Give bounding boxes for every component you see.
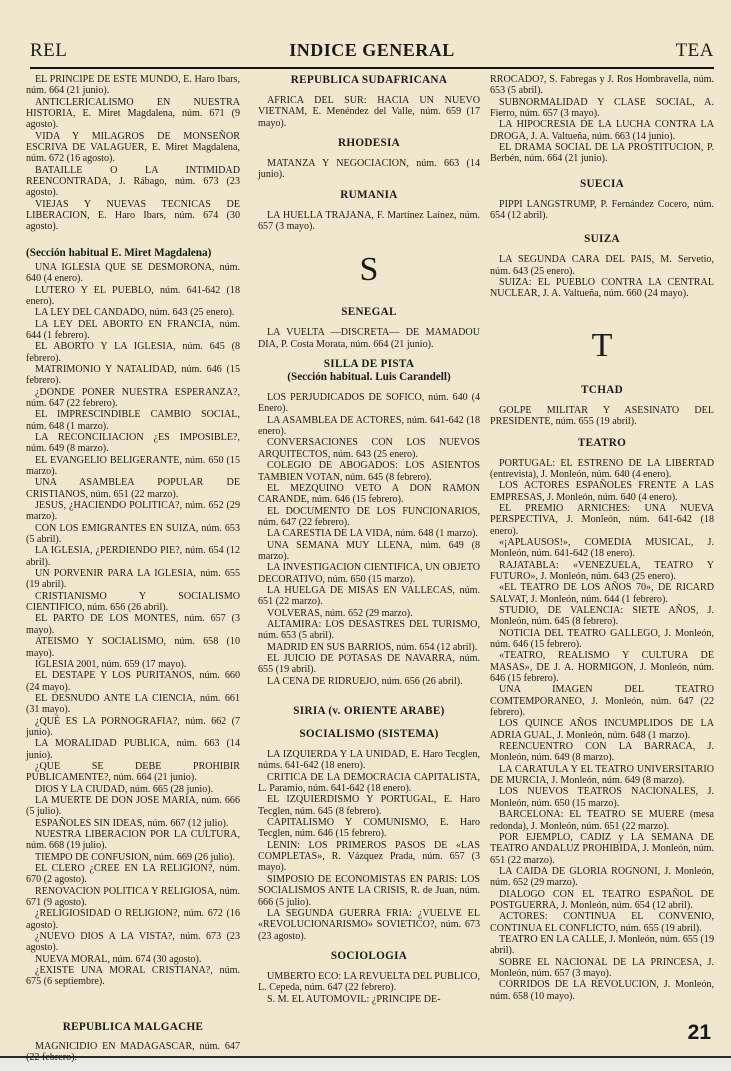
index-entry: LA HUELGA DE MISAS EN VALLECAS, núm. 651… <box>258 585 480 608</box>
index-entry: EL DESNUDO ANTE LA CIENCIA, núm. 661 (31… <box>26 693 240 716</box>
index-entry: CRISTIANISMO Y SOCIALISMO CIENTIFICO, nú… <box>26 591 240 614</box>
index-entry: STUDIO, DE VALENCIA: SIETE AÑOS, J. Monl… <box>490 605 714 628</box>
index-entry: LENIN: LOS PRIMEROS PASOS DE «LAS COMPLE… <box>258 840 480 874</box>
entry-list: UMBERTO ECO: LA REVUELTA DEL PUBLICO, L.… <box>258 971 480 1005</box>
index-entry: BATAILLE O LA INTIMIDAD REENCONTRADA, J.… <box>26 165 240 199</box>
index-entry: LA VUELTA —DISCRETA— DE MAMADOU DIA, P. … <box>258 327 480 350</box>
index-entry: EL DOCUMENTO DE LOS FUNCIONARIOS, núm. 6… <box>258 506 480 529</box>
index-entry: LA MUERTE DE DON JOSE MARIA, núm. 666 (5… <box>26 795 240 818</box>
section-heading: SILLA DE PISTA <box>258 358 480 371</box>
entry-list: MATANZA Y NEGOCIACION, núm. 663 (14 juni… <box>258 158 480 181</box>
index-entry: LA MORALIDAD PUBLICA, núm. 663 (14 junio… <box>26 738 240 761</box>
index-entry: DIALOGO CON EL TEATRO ESPAÑOL DE POSTGUE… <box>490 889 714 912</box>
index-entry: MATANZA Y NEGOCIACION, núm. 663 (14 juni… <box>258 158 480 181</box>
index-entry: LOS PERJUDICADOS DE SOFICO, núm. 640 (4 … <box>258 392 480 415</box>
index-entry: LOS NUEVOS TEATROS NACIONALES, J. Monleó… <box>490 786 714 809</box>
index-entry: ACTORES: CONTINUA EL CONVENIO, CONTINUA … <box>490 911 714 934</box>
index-entry: EL EVANGELIO BELIGERANTE, núm. 650 (15 m… <box>26 455 240 478</box>
index-entry: POR EJEMPLO, CADIZ y LA SEMANA DE TEATRO… <box>490 832 714 866</box>
entry-list: LA HUELLA TRAJANA, F. Martínez Laínez, n… <box>258 210 480 233</box>
index-entry: JESUS, ¿HACIENDO POLITICA?, núm. 652 (29… <box>26 500 240 523</box>
entry-list: AFRICA DEL SUR: HACIA UN NUEVO VIETNAM, … <box>258 95 480 129</box>
index-entry: LA HIPOCRESIA DE LA LUCHA CONTRA LA DROG… <box>490 119 714 142</box>
index-entry: ¿RELIGIOSIDAD O RELIGION?, núm. 672 (16 … <box>26 908 240 931</box>
index-entry: ¿QUÉ ES LA PORNOGRAFIA?, núm. 662 (7 jun… <box>26 716 240 739</box>
entry-list: PIPPI LANGSTRUMP, P. Fernández Cocero, n… <box>490 199 714 222</box>
section-heading: SIRIA (v. ORIENTE ARABE) <box>258 705 480 718</box>
index-entry: EL PRINCIPE DE ESTE MUNDO, E. Haro Ibars… <box>26 74 240 97</box>
entry-list: GOLPE MILITAR Y ASESINATO DEL PRESIDENTE… <box>490 405 714 428</box>
index-entry: DIOS Y LA CIUDAD, núm. 665 (28 junio). <box>26 784 240 795</box>
entry-list: LA IZQUIERDA Y LA UNIDAD, E. Haro Tecgle… <box>258 749 480 942</box>
index-entry: ANTICLERICALISMO EN NUESTRA HISTORIA, E.… <box>26 97 240 131</box>
index-entry: ¿NUEVO DIOS A LA VISTA?, núm. 673 (23 ag… <box>26 931 240 954</box>
entry-list: LOS PERJUDICADOS DE SOFICO, núm. 640 (4 … <box>258 392 480 687</box>
index-entry: NUEVA MORAL, núm. 674 (30 agosto). <box>26 954 240 965</box>
index-entry: LOS ACTORES ESPAÑOLES FRENTE A LAS EMPRE… <box>490 480 714 503</box>
index-entry: RROCADO?, S. Fabregas y J. Ros Hombravel… <box>490 74 714 97</box>
index-entry: IGLESIA 2001, núm. 659 (17 mayo). <box>26 659 240 670</box>
index-entry: UN PORVENIR PARA LA IGLESIA, núm. 655 (1… <box>26 568 240 591</box>
index-entry: AFRICA DEL SUR: HACIA UN NUEVO VIETNAM, … <box>258 95 480 129</box>
index-entry: PORTUGAL: EL ESTRENO DE LA LIBERTAD (ent… <box>490 458 714 481</box>
index-entry: LA CAIDA DE GLORIA ROGNONI, J. Monleón, … <box>490 866 714 889</box>
index-entry: LA ASAMBLEA DE ACTORES, núm. 641-642 (18… <box>258 415 480 438</box>
index-entry: EL DESTAPE Y LOS PURITANOS, núm. 660 (24… <box>26 670 240 693</box>
index-entry: COLEGIO DE ABOGADOS: LOS ASIENTOS TAMBIE… <box>258 460 480 483</box>
index-entry: REENCUENTRO CON LA BARRACA, J. Monleón, … <box>490 741 714 764</box>
index-entry: EL MEZQUINO VETO A DON RAMON CARANDE, nú… <box>258 483 480 506</box>
index-entry: UMBERTO ECO: LA REVUELTA DEL PUBLICO, L.… <box>258 971 480 994</box>
section-heading: TCHAD <box>490 384 714 397</box>
index-entry: MATRIMONIO Y NATALIDAD, núm. 646 (15 feb… <box>26 364 240 387</box>
index-entry: LA SEGUNDA CARA DEL PAIS, M. Servetio, n… <box>490 254 714 277</box>
index-entry: SUIZA: EL PUEBLO CONTRA LA CENTRAL NUCLE… <box>490 277 714 300</box>
index-entry: RAJATABLA: «VENEZUELA, TEATRO Y FUTURO»,… <box>490 560 714 583</box>
index-entry: EL PARTO DE LOS MONTES, núm. 657 (3 mayo… <box>26 613 240 636</box>
index-entry: LA RECONCILIACION ¿ES IMPOSIBLE?, núm. 6… <box>26 432 240 455</box>
index-entry: TEATRO EN LA CALLE, J. Monleón, núm. 655… <box>490 934 714 957</box>
index-entry: ESPAÑOLES SIN IDEAS, núm. 667 (12 julio)… <box>26 818 240 829</box>
index-entry: CORRIDOS DE LA REVOLUCION, J. Monleón, n… <box>490 979 714 1002</box>
index-page: REL INDICE GENERAL TEA EL PRINCIPE DE ES… <box>0 0 731 1058</box>
index-entry: LA LEY DEL ABORTO EN FRANCIA, núm. 644 (… <box>26 319 240 342</box>
section-subheading: (Sección habitual. Luis Carandell) <box>258 371 480 384</box>
entry-list: RROCADO?, S. Fabregas y J. Ros Hombravel… <box>490 74 714 165</box>
index-entry: LA IZQUIERDA Y LA UNIDAD, E. Haro Tecgle… <box>258 749 480 772</box>
section-heading: SOCIALISMO (SISTEMA) <box>258 728 480 741</box>
index-entry: «TEATRO, REALISMO Y CULTURA DE MASAS», D… <box>490 650 714 684</box>
index-entry: «¡APLAUSOS!», COMEDIA MUSICAL, J. Monleó… <box>490 537 714 560</box>
index-entry: LA CENA DE RIDRUEJO, núm. 656 (26 abril)… <box>258 676 480 687</box>
alphabet-letter-divider: S <box>258 250 480 290</box>
index-entry: NOTICIA DEL TEATRO GALLEGO, J. Monleón, … <box>490 628 714 651</box>
index-entry: CON LOS EMIGRANTES EN SUIZA, núm. 653 (5… <box>26 523 240 546</box>
section-heading: SOCIOLOGIA <box>258 950 480 963</box>
section-heading: SUECIA <box>490 178 714 191</box>
column-middle: REPUBLICA SUDAFRICANA AFRICA DEL SUR: HA… <box>258 74 480 1005</box>
entry-list: UNA IGLESIA QUE SE DESMORONA, núm. 640 (… <box>26 262 240 988</box>
header-right-guide-word: TEA <box>676 40 714 62</box>
index-entry: GOLPE MILITAR Y ASESINATO DEL PRESIDENTE… <box>490 405 714 428</box>
index-entry: PIPPI LANGSTRUMP, P. Fernández Cocero, n… <box>490 199 714 222</box>
index-entry: LA INVESTIGACION CIENTIFICA, UN OBJETO D… <box>258 562 480 585</box>
section-heading: RUMANIA <box>258 189 480 202</box>
section-heading: REPUBLICA SUDAFRICANA <box>258 74 480 87</box>
section-heading: REPUBLICA MALGACHE <box>26 1021 240 1034</box>
index-entry: «EL TEATRO DE LOS AÑOS 70», DE RICARD SA… <box>490 582 714 605</box>
column-right: RROCADO?, S. Fabregas y J. Ros Hombravel… <box>490 74 714 1002</box>
index-entry: MADRID EN SUS BARRIOS, núm. 654 (12 abri… <box>258 642 480 653</box>
index-entry: UNA IGLESIA QUE SE DESMORONA, núm. 640 (… <box>26 262 240 285</box>
subsection-heading: (Sección habitual E. Miret Magdalena) <box>26 247 240 260</box>
index-entry: VIEJAS Y NUEVAS TECNICAS DE LIBERACION, … <box>26 199 240 233</box>
index-entry: CONVERSACIONES CON LOS NUEVOS ARQUITECTO… <box>258 437 480 460</box>
index-entry: CAPITALISMO Y COMUNISMO, E. Haro Tecglen… <box>258 817 480 840</box>
running-header: REL INDICE GENERAL TEA <box>30 40 714 66</box>
index-entry: ALTAMIRA: LOS DESASTRES DEL TURISMO, núm… <box>258 619 480 642</box>
index-entry: EL PREMIO ARNICHES: UNA NUEVA PERSPECTIV… <box>490 503 714 537</box>
index-entry: UNA IMAGEN DEL TEATRO COMTEMPORANEO, J. … <box>490 684 714 718</box>
section-heading: SENEGAL <box>258 306 480 319</box>
index-entry: LA IGLESIA, ¿PERDIENDO PIE?, núm. 654 (1… <box>26 545 240 568</box>
index-entry: EL IZQUIERDISMO Y PORTUGAL, E. Haro Tecg… <box>258 794 480 817</box>
section-heading: TEATRO <box>490 437 714 450</box>
index-entry: ¿QUE SE DEBE PROHIBIR PUBLICAMENTE?, núm… <box>26 761 240 784</box>
index-entry: NUESTRA LIBERACION POR LA CULTURA, núm. … <box>26 829 240 852</box>
page-number: 21 <box>688 1021 711 1045</box>
page-title: INDICE GENERAL <box>30 40 714 61</box>
index-entry: VOLVERAS, núm. 652 (29 marzo). <box>258 608 480 619</box>
index-entry: EL CLERO ¿CREE EN LA RELIGION?, núm. 670… <box>26 863 240 886</box>
column-left: EL PRINCIPE DE ESTE MUNDO, E. Haro Ibars… <box>26 74 240 1064</box>
index-entry: SUBNORMALIDAD Y CLASE SOCIAL, A. Fierro,… <box>490 97 714 120</box>
entry-list: PORTUGAL: EL ESTRENO DE LA LIBERTAD (ent… <box>490 458 714 1003</box>
index-entry: UNA SEMANA MUY LLENA, núm. 649 (8 marzo)… <box>258 540 480 563</box>
entry-list: MAGNICIDIO EN MADAGASCAR, núm. 647 (22 f… <box>26 1041 240 1064</box>
index-entry: LOS QUINCE AÑOS INCUMPLIDOS DE LA ADRIA … <box>490 718 714 741</box>
index-entry: RENOVACION POLITICA Y RELIGIOSA, núm. 67… <box>26 886 240 909</box>
index-entry: SIMPOSIO DE ECONOMISTAS EN PARIS: LOS SO… <box>258 874 480 908</box>
index-entry: ¿EXISTE UNA MORAL CRISTIANA?, núm. 675 (… <box>26 965 240 988</box>
header-rule <box>30 67 714 69</box>
index-entry: LA LEY DEL CANDADO, núm. 643 (25 enero). <box>26 307 240 318</box>
index-entry: LUTERO Y EL PUEBLO, núm. 641-642 (18 ene… <box>26 285 240 308</box>
entry-list: EL PRINCIPE DE ESTE MUNDO, E. Haro Ibars… <box>26 74 240 233</box>
section-heading: RHODESIA <box>258 137 480 150</box>
index-entry: LA SEGUNDA GUERRA FRIA: ¿VUELVE EL «REVO… <box>258 908 480 942</box>
entry-list: LA SEGUNDA CARA DEL PAIS, M. Servetio, n… <box>490 254 714 299</box>
index-entry: S. M. EL AUTOMOVIL: ¿PRINCIPE DE- <box>258 994 480 1005</box>
index-entry: SOBRE EL NACIONAL DE LA PRINCESA, J. Mon… <box>490 957 714 980</box>
index-entry: EL DRAMA SOCIAL DE LA PROSTITUCION, P. B… <box>490 142 714 165</box>
index-entry: EL IMPRESCINDIBLE CAMBIO SOCIAL, núm. 64… <box>26 409 240 432</box>
index-entry: EL ABORTO Y LA IGLESIA, núm. 645 (8 febr… <box>26 341 240 364</box>
alphabet-letter-divider: T <box>490 326 714 366</box>
index-entry: TIEMPO DE CONFUSION, núm. 669 (26 julio)… <box>26 852 240 863</box>
index-entry: ATEISMO Y SOCIALISMO, núm. 658 (10 mayo)… <box>26 636 240 659</box>
index-entry: LA CARATULA Y EL TEATRO UNIVERSITARIO DE… <box>490 764 714 787</box>
index-entry: LA HUELLA TRAJANA, F. Martínez Laínez, n… <box>258 210 480 233</box>
index-entry: MAGNICIDIO EN MADAGASCAR, núm. 647 (22 f… <box>26 1041 240 1064</box>
index-entry: UNA ASAMBLEA POPULAR DE CRISTIANOS, núm.… <box>26 477 240 500</box>
index-entry: LA CARESTIA DE LA VIDA, núm. 648 (1 marz… <box>258 528 480 539</box>
entry-list: LA VUELTA —DISCRETA— DE MAMADOU DIA, P. … <box>258 327 480 350</box>
index-entry: ¿DONDE PONER NUESTRA ESPERANZA?, núm. 64… <box>26 387 240 410</box>
index-entry: BARCELONA: EL TEATRO SE MUERE (mesa redo… <box>490 809 714 832</box>
index-entry: VIDA Y MILAGROS DE MONSEÑOR ESCRIVA DE V… <box>26 131 240 165</box>
index-entry: EL JUICIO DE POTASAS DE NAVARRA, núm. 65… <box>258 653 480 676</box>
section-heading: SUIZA <box>490 233 714 246</box>
index-entry: CRITICA DE LA DEMOCRACIA CAPITALISTA, L.… <box>258 772 480 795</box>
